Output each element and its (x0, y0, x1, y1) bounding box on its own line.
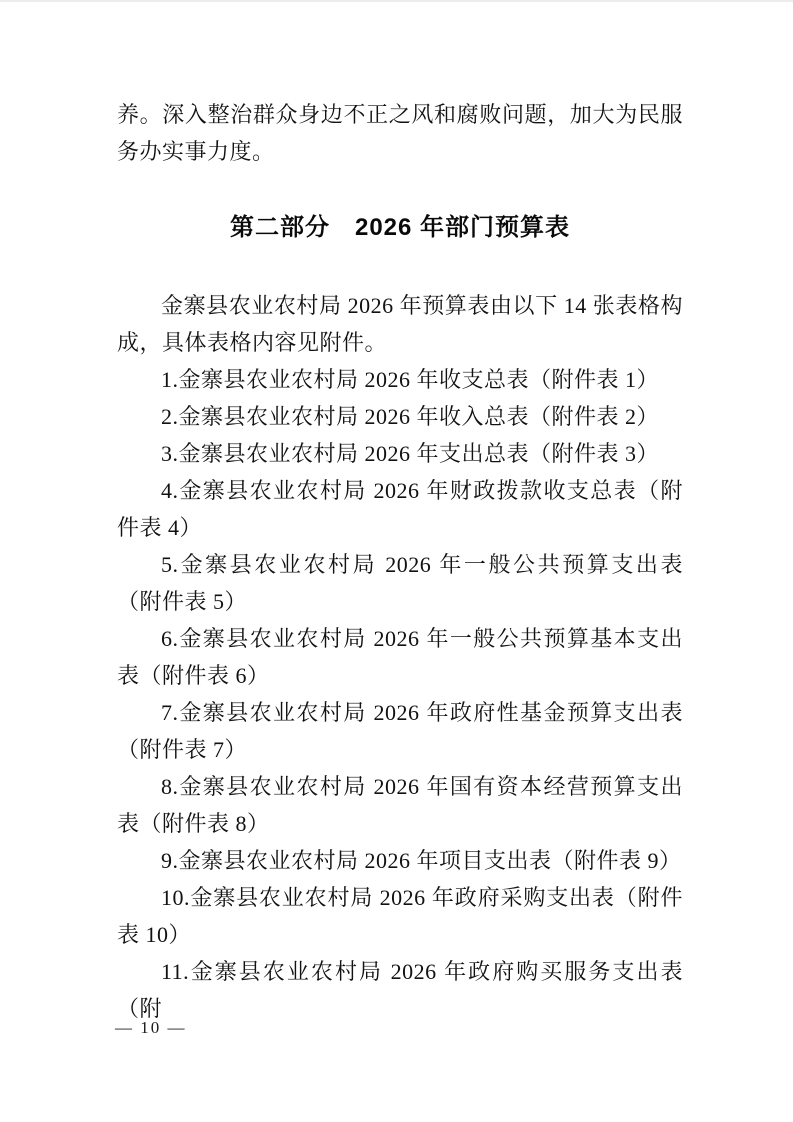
list-item: 7.金寨县农业农村局 2026 年政府性基金预算支出表（附件表 7） (117, 694, 683, 768)
list-item: 9.金寨县农业农村局 2026 年项目支出表（附件表 9） (117, 842, 683, 879)
section-heading: 第二部分 2026 年部门预算表 (117, 209, 683, 247)
document-page-content: 养。深入整治群众身边不正之风和腐败问题，加大为民服务办实事力度。 第二部分 20… (117, 0, 683, 1027)
list-item: 4.金寨县农业农村局 2026 年财政拨款收支总表（附件表 4） (117, 472, 683, 546)
lead-paragraph: 金寨县农业农村局 2026 年预算表由以下 14 张表格构成，具体表格内容见附件… (117, 287, 683, 361)
list-item: 6.金寨县农业农村局 2026 年一般公共预算基本支出表（附件表 6） (117, 620, 683, 694)
page-number: — 10 — (115, 1016, 187, 1040)
list-item: 5.金寨县农业农村局 2026 年一般公共预算支出表（附件表 5） (117, 546, 683, 620)
list-item: 11.金寨县农业农村局 2026 年政府购买服务支出表（附 (117, 953, 683, 1027)
list-item: 1.金寨县农业农村局 2026 年收支总表（附件表 1） (117, 361, 683, 398)
budget-table-list: 1.金寨县农业农村局 2026 年收支总表（附件表 1）2.金寨县农业农村局 2… (117, 361, 683, 1027)
list-item: 3.金寨县农业农村局 2026 年支出总表（附件表 3） (117, 435, 683, 472)
closing-paragraph: 养。深入整治群众身边不正之风和腐败问题，加大为民服务办实事力度。 (117, 96, 683, 170)
list-item: 2.金寨县农业农村局 2026 年收入总表（附件表 2） (117, 398, 683, 435)
list-item: 10.金寨县农业农村局 2026 年政府采购支出表（附件表 10） (117, 879, 683, 953)
list-item: 8.金寨县农业农村局 2026 年国有资本经营预算支出表（附件表 8） (117, 768, 683, 842)
